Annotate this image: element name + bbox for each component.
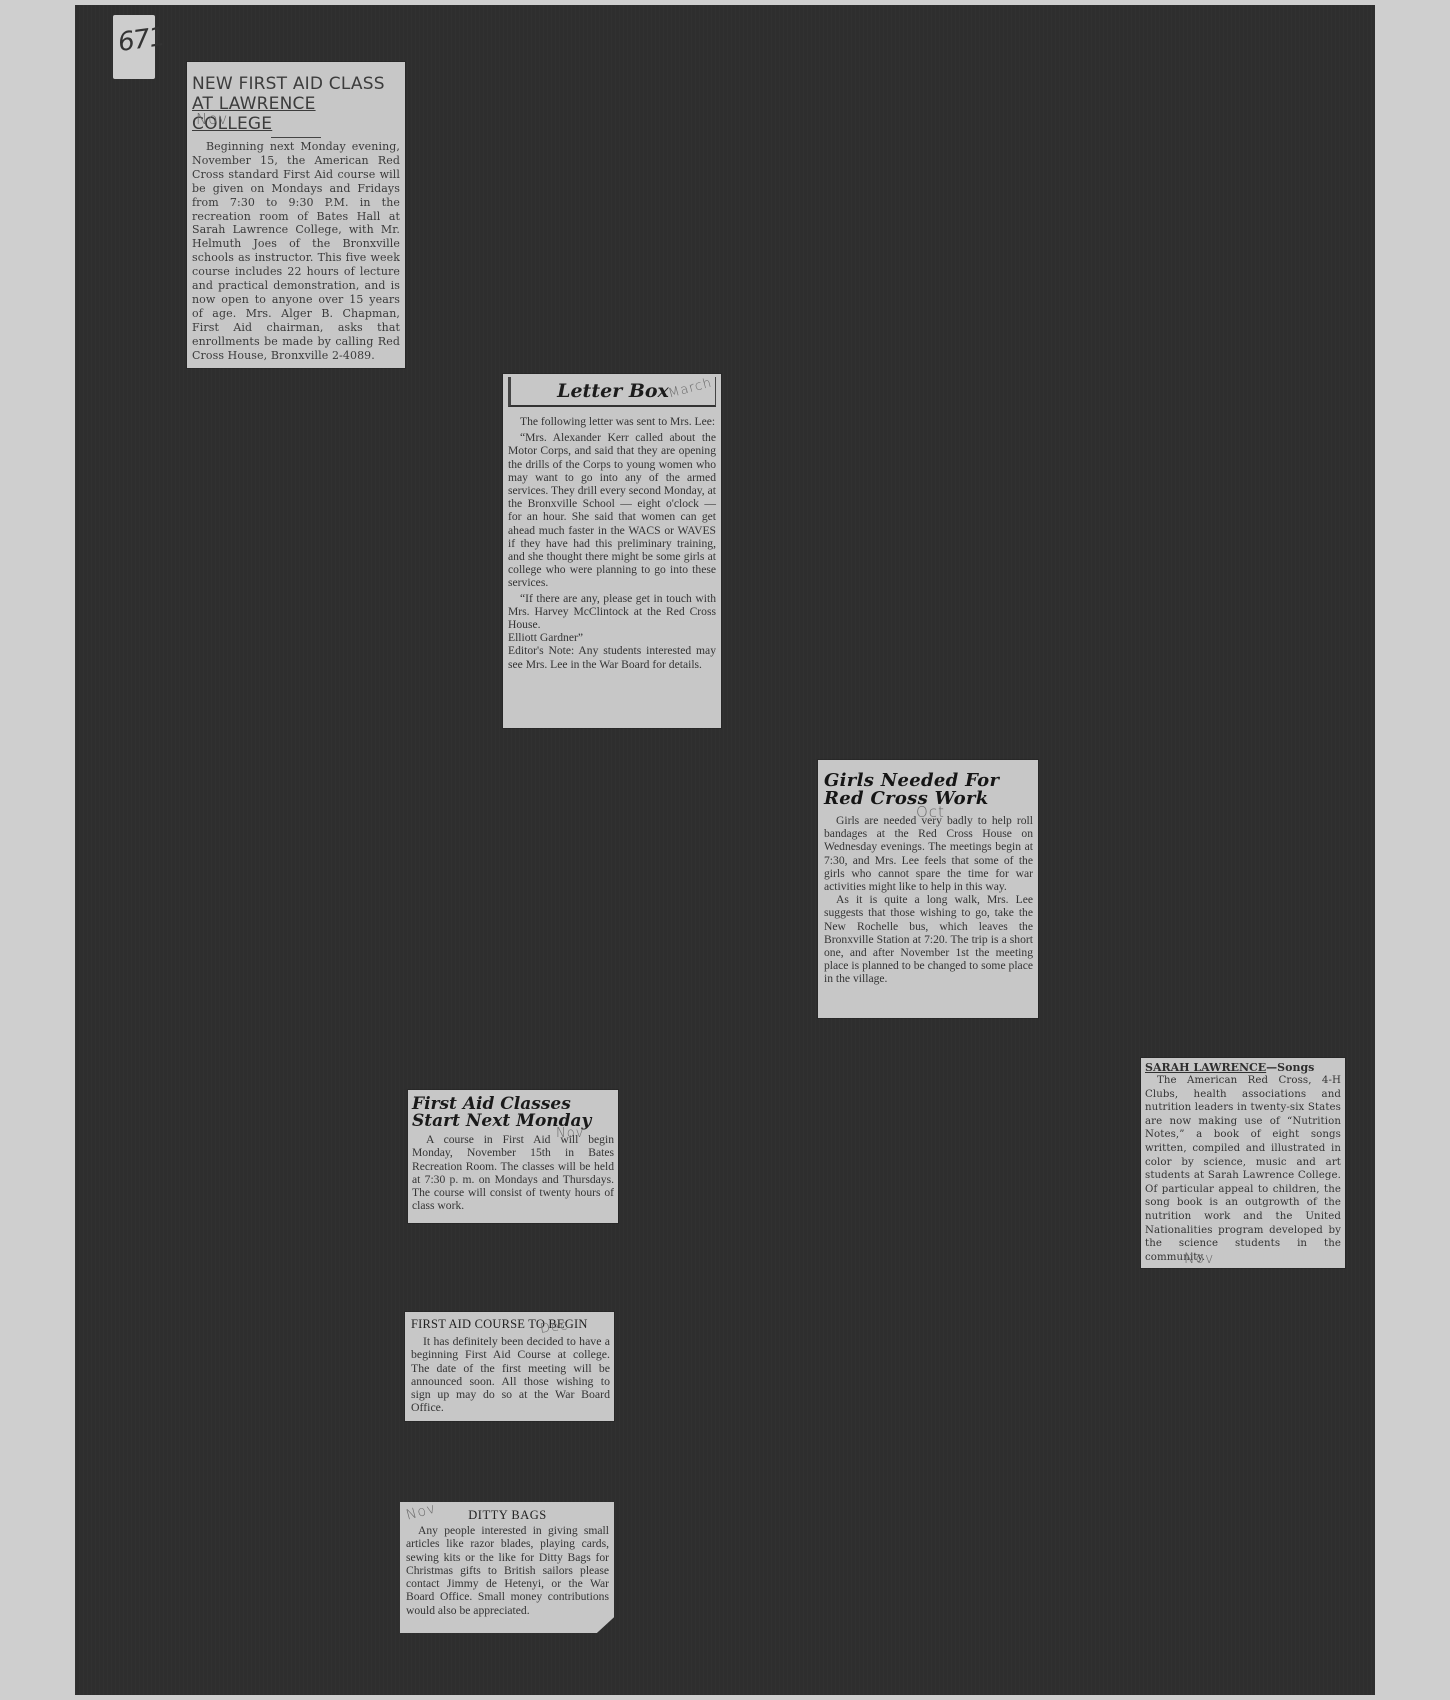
article-body: Any people interested in giving small ar… — [406, 1524, 609, 1617]
headline-sub: —Songs — [1266, 1061, 1314, 1074]
clipping-first-aid-course-to-begin: FIRST AID COURSE TO BEGIN It has definit… — [405, 1312, 614, 1421]
article-body: Beginning next Monday evening, November … — [192, 140, 400, 363]
clipping-girls-needed: Girls Needed For Red Cross Work Girls ar… — [818, 760, 1038, 1018]
article-body: The American Red Cross, 4-H Clubs, healt… — [1145, 1074, 1341, 1264]
article-body: A course in First Aid will begin Monday,… — [412, 1133, 614, 1213]
paragraph-request: “If there are any, please get in touch w… — [508, 592, 716, 632]
paragraph-letter: “Mrs. Alexander Kerr called about the Mo… — [508, 431, 716, 589]
article-body: It has definitely been decided to have a… — [411, 1335, 610, 1415]
clipping-new-first-aid-class: NEW FIRST AID CLASS AT LAWRENCE COLLEGE … — [187, 62, 405, 368]
headline-main: SARAH LAWRENCE — [1145, 1061, 1266, 1074]
handwritten-note: Oct — [916, 803, 945, 821]
signature: Elliott Gardner” — [508, 631, 716, 644]
handwritten-note: Nov — [1184, 1251, 1214, 1267]
clipping-ditty-bags: DITTY BAGS Any people interested in givi… — [400, 1502, 614, 1633]
headline: FIRST AID COURSE TO BEGIN — [411, 1317, 610, 1332]
editors-note: Editor's Note: Any students interested m… — [508, 644, 716, 670]
clipping-letter-box: Letter Box The following letter was sent… — [503, 374, 721, 728]
headline: Letter Box — [557, 380, 669, 402]
headline: SARAH LAWRENCE—Songs — [1145, 1061, 1341, 1074]
handwritten-note: Nov — [196, 110, 228, 128]
page-number: 671 — [116, 22, 166, 58]
page-number-tag: 671 — [113, 15, 155, 79]
clipping-sarah-lawrence-songs: SARAH LAWRENCE—Songs The American Red Cr… — [1141, 1058, 1345, 1268]
paragraph-1: Girls are needed very badly to help roll… — [824, 814, 1033, 893]
handwritten-note: Nov — [556, 1126, 584, 1141]
clipping-first-aid-classes-start: First Aid Classes Start Next Monday A co… — [408, 1090, 618, 1223]
divider-rule — [271, 137, 321, 138]
headline-line-1: NEW FIRST AID CLASS — [192, 74, 400, 94]
paragraph-intro: The following letter was sent to Mrs. Le… — [508, 415, 716, 428]
paragraph-2: As it is quite a long walk, Mrs. Lee sug… — [824, 893, 1033, 985]
